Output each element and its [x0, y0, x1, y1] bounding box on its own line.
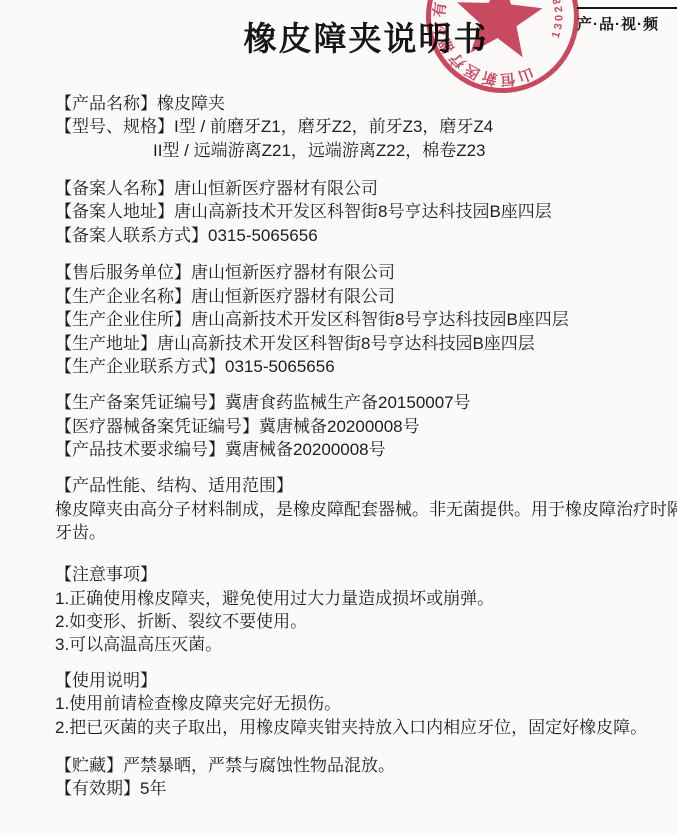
line-model-spec: 【型号、规格】I型 / 前磨牙Z1，磨牙Z2，前牙Z3，磨牙Z4	[55, 116, 493, 137]
line-precaution-1: 1.正确使用橡皮障夹，避免使用过大力量造成损坏或崩弹。	[55, 588, 494, 609]
line-precaution-3: 3.可以高温高压灭菌。	[55, 634, 222, 655]
line-usage-2: 2.把已灭菌的夹子取出，用橡皮障夹钳夹持放入口内相应牙位，固定好橡皮障。	[55, 717, 647, 738]
section-performance-title: 【产品性能、结构、适用范围】	[55, 475, 293, 496]
line-tech-requirement-no: 【产品技术要求编号】冀唐械备20200008号	[55, 439, 386, 460]
section-usage-title: 【使用说明】	[55, 670, 157, 691]
line-performance-body-2: 牙齿。	[55, 522, 106, 543]
line-precaution-2: 2.如变形、折断、裂纹不要使用。	[55, 611, 307, 632]
scanned-instruction-sheet: 橡皮障夹说明书 产·品·视·频 唐山恒新医疗器材有限公司 13028801218…	[0, 0, 677, 835]
line-performance-body-1: 橡皮障夹由高分子材料制成，是橡皮障配套器械。非无菌提供。用于橡皮障治疗时隔离	[55, 499, 677, 520]
line-registrant-address: 【备案人地址】唐山高新技术开发区科智街8号亨达科技园B座四层	[55, 201, 552, 222]
section-precautions-title: 【注意事项】	[55, 564, 157, 585]
line-production-address: 【生产地址】唐山高新技术开发区科智街8号亨达科技园B座四层	[55, 333, 535, 354]
line-production-record-no: 【生产备案凭证编号】冀唐食药监械生产备20150007号	[55, 392, 471, 413]
line-device-record-no: 【医疗器械备案凭证编号】冀唐械备20200008号	[55, 416, 420, 437]
product-video-tag: 产·品·视·频	[577, 7, 677, 34]
line-manufacturer-name: 【生产企业名称】唐山恒新医疗器材有限公司	[55, 286, 395, 307]
line-manufacturer-residence: 【生产企业住所】唐山高新技术开发区科智街8号亨达科技园B座四层	[55, 309, 569, 330]
line-manufacturer-contact: 【生产企业联系方式】0315-5065656	[55, 356, 335, 377]
page-title: 橡皮障夹说明书	[0, 13, 677, 60]
line-registrant-contact: 【备案人联系方式】0315-5065656	[55, 225, 318, 246]
line-after-sales-unit: 【售后服务单位】唐山恒新医疗器材有限公司	[55, 262, 395, 283]
line-storage: 【贮藏】严禁暴晒，严禁与腐蚀性物品混放。	[55, 755, 395, 776]
line-model-spec-2: II型 / 远端游离Z21，远端游离Z22，棉卷Z23	[153, 140, 486, 161]
line-usage-1: 1.使用前请检查橡皮障夹完好无损伤。	[55, 693, 341, 714]
line-registrant-name: 【备案人名称】唐山恒新医疗器材有限公司	[55, 178, 378, 199]
line-validity: 【有效期】5年	[55, 778, 166, 799]
line-product-name: 【产品名称】橡皮障夹	[55, 93, 225, 114]
